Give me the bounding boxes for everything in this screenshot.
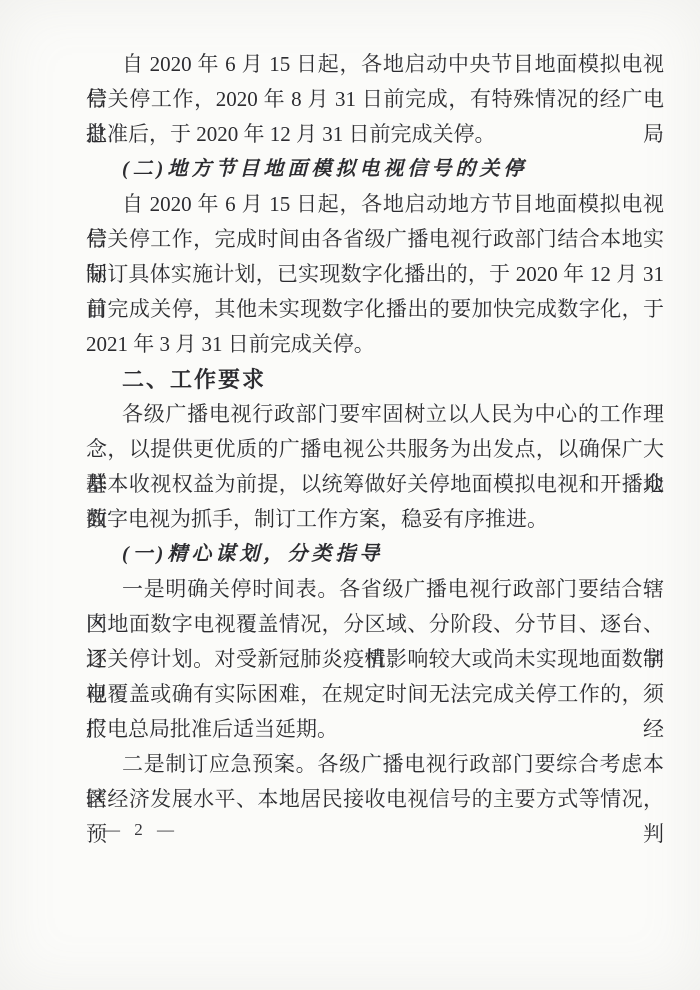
heading-work-requirements: 二、工作要求 — [86, 362, 664, 397]
text-line: 各级广播电视行政部门要牢固树立以人民为中心的工作理 — [86, 397, 664, 432]
heading-careful-planning: (一)精心谋划，分类指导 — [86, 537, 664, 572]
text-line: 号关停工作，2020 年 8 月 31 日前完成，有特殊情况的经广电总局 — [86, 82, 664, 117]
para-emergency-plan: 二是制订应急预案。各级广播电视行政部门要综合考虑本辖 区经济发展水平、本地居民接… — [86, 747, 664, 817]
text-line: 一是明确关停时间表。各省级广播电视行政部门要结合辖区 — [86, 572, 664, 607]
text-line: 二是制订应急预案。各级广播电视行政部门要综合考虑本辖 — [86, 747, 664, 782]
section-heading: 二、工作要求 — [86, 362, 664, 397]
subsection-heading: (一)精心谋划，分类指导 — [86, 537, 664, 572]
text-line: 念，以提供更优质的广播电视公共服务为出发点，以确保广大群众 — [86, 432, 664, 467]
text-line: 数字电视为抓手，制订工作方案，稳妥有序推进。 — [86, 502, 664, 537]
heading-local-signal-shutdown: (二)地方节目地面模拟电视信号的关停 — [86, 152, 664, 187]
para-work-principles: 各级广播电视行政部门要牢固树立以人民为中心的工作理 念，以提供更优质的广播电视公… — [86, 397, 664, 537]
text-line: 2021 年 3 月 31 日前完成关停。 — [86, 327, 664, 362]
text-line: 订关停计划。对受新冠肺炎疫情影响较大或尚未实现地面数字电 — [86, 642, 664, 677]
page-number: — 2 — — [103, 820, 179, 840]
para-local-signal-shutdown: 自 2020 年 6 月 15 日起，各地启动地方节目地面模拟电视信 号关停工作… — [86, 187, 664, 362]
text-line: 前完成关停，其他未实现数字化播出的要加快完成数字化，于 — [86, 292, 664, 327]
text-line: 视覆盖或确有实际困难，在规定时间无法完成关停工作的，须报经 — [86, 677, 664, 712]
para-central-signal-shutdown: 自 2020 年 6 月 15 日起，各地启动中央节目地面模拟电视信 号关停工作… — [86, 47, 664, 152]
text-line: 自 2020 年 6 月 15 日起，各地启动中央节目地面模拟电视信 — [86, 47, 664, 82]
text-line: 基本收视权益为前提，以统筹做好关停地面模拟电视和开播地面 — [86, 467, 664, 502]
text-line: 制订具体实施计划，已实现数字化播出的，于 2020 年 12 月 31 日 — [86, 257, 664, 292]
text-line: 内地面数字电视覆盖情况，分区域、分阶段、分节目、逐台、逐机制 — [86, 607, 664, 642]
subsection-heading: (二)地方节目地面模拟电视信号的关停 — [86, 152, 664, 187]
para-shutdown-timetable: 一是明确关停时间表。各省级广播电视行政部门要结合辖区 内地面数字电视覆盖情况，分… — [86, 572, 664, 747]
text-line: 区经济发展水平、本地居民接收电视信号的主要方式等情况，预判 — [86, 782, 664, 817]
text-line: 号关停工作，完成时间由各省级广播电视行政部门结合本地实际 — [86, 222, 664, 257]
scanned-document-page: 自 2020 年 6 月 15 日起，各地启动中央节目地面模拟电视信 号关停工作… — [0, 0, 700, 990]
document-body: 自 2020 年 6 月 15 日起，各地启动中央节目地面模拟电视信 号关停工作… — [86, 47, 664, 817]
text-line: 自 2020 年 6 月 15 日起，各地启动地方节目地面模拟电视信 — [86, 187, 664, 222]
